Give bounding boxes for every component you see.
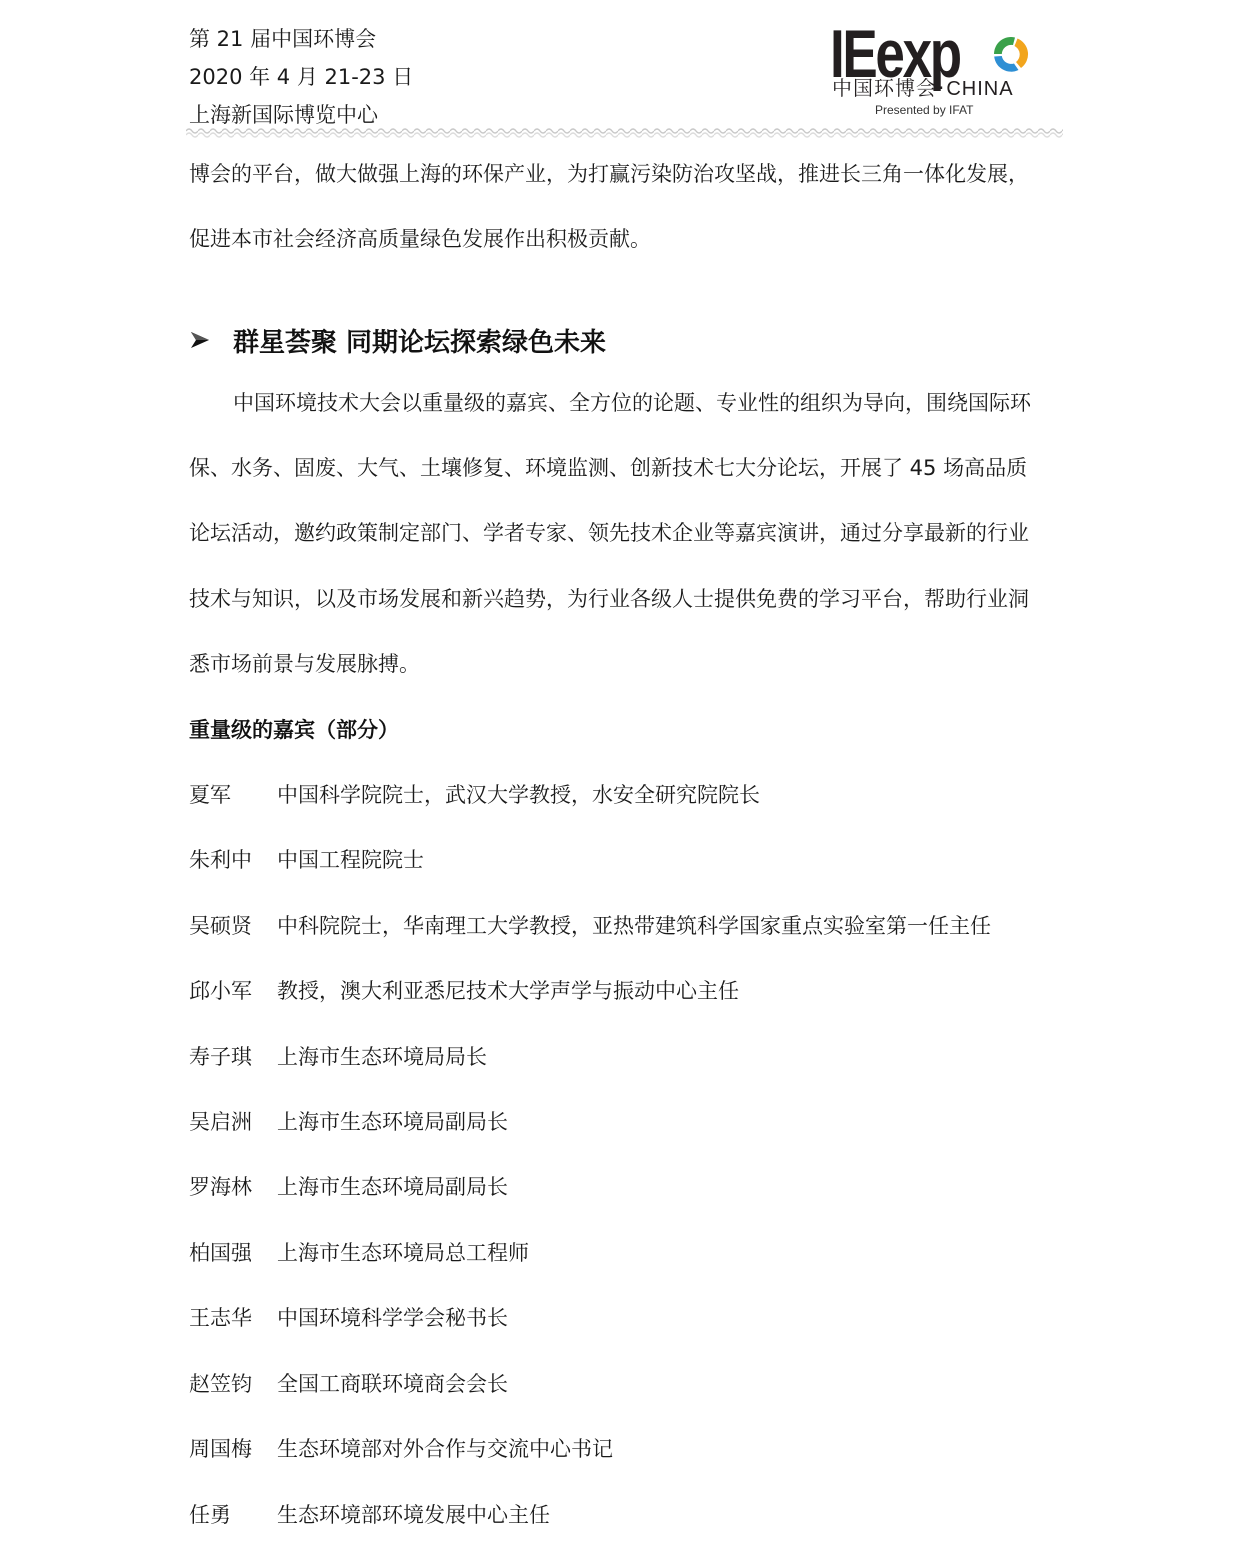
logo-en-text: CHINA	[946, 78, 1013, 100]
guest-row: 周国梅 生态环境部对外合作与交流中心书记	[189, 1433, 613, 1465]
event-dates: 2020 年 4 月 21-23 日	[189, 58, 413, 96]
guest-name: 寿子琪	[189, 1041, 277, 1073]
guest-title: 中科院院士，华南理工大学教授，亚热带建筑科学国家重点实验室第一任主任	[277, 910, 991, 942]
guest-row: 任勇 生态环境部环境发展中心主任	[189, 1499, 550, 1531]
guest-title: 中国环境科学学会秘书长	[277, 1302, 508, 1334]
guest-title: 上海市生态环境局副局长	[277, 1106, 508, 1138]
guest-name: 王志华	[189, 1302, 277, 1334]
guest-name: 周国梅	[189, 1433, 277, 1465]
guest-row: 寿子琪 上海市生态环境局局长	[189, 1041, 487, 1073]
guest-name: 吴启洲	[189, 1106, 277, 1138]
section-paragraph-line-5: 悉市场前景与发展脉搏。	[189, 648, 1064, 680]
section-paragraph-line-1: 中国环境技术大会以重量级的嘉宾、全方位的论题、专业性的组织为导向，围绕国际环	[189, 387, 1108, 419]
logo-separator: ·	[938, 76, 945, 100]
guest-name: 邱小军	[189, 975, 277, 1007]
logo-presented-by: Presented by IFAT	[875, 103, 974, 117]
guest-name: 罗海林	[189, 1171, 277, 1203]
logo-cn-text: 中国环博会	[832, 76, 937, 100]
guest-title: 上海市生态环境局副局长	[277, 1171, 508, 1203]
intro-line-1: 博会的平台，做大做强上海的环保产业，为打赢污染防治攻坚战，推进长三角一体化发展，	[189, 158, 1064, 190]
guest-name: 赵笠钧	[189, 1368, 277, 1400]
guest-title: 全国工商联环境商会会长	[277, 1368, 508, 1400]
guest-row: 吴硕贤 中科院院士，华南理工大学教授，亚热带建筑科学国家重点实验室第一任主任	[189, 910, 991, 942]
logo-ring-icon	[989, 32, 1033, 76]
guest-title: 中国科学院院士，武汉大学教授，水安全研究院院长	[277, 779, 760, 811]
guests-heading: 重量级的嘉宾（部分）	[189, 714, 399, 744]
guest-row: 朱利中 中国工程院院士	[189, 844, 424, 876]
guest-row: 夏军 中国科学院院士，武汉大学教授，水安全研究院院长	[189, 779, 760, 811]
guest-name: 夏军	[189, 779, 277, 811]
guest-title: 上海市生态环境局总工程师	[277, 1237, 529, 1269]
section-paragraph-line-3: 论坛活动，邀约政策制定部门、学者专家、领先技术企业等嘉宾演讲，通过分享最新的行业	[189, 517, 1064, 549]
arrow-bullet-icon	[189, 329, 211, 351]
guest-row: 王志华 中国环境科学学会秘书长	[189, 1302, 508, 1334]
logo-cn-tagline: 中国环博会·CHINA	[832, 76, 1014, 101]
guest-row: 赵笠钧 全国工商联环境商会会长	[189, 1368, 508, 1400]
event-edition: 第 21 届中国环博会	[189, 20, 413, 58]
intro-line-2: 促进本市社会经济高质量绿色发展作出积极贡献。	[189, 223, 1064, 255]
event-info: 第 21 届中国环博会 2020 年 4 月 21-23 日 上海新国际博览中心	[189, 20, 413, 134]
ie-expo-logo: IEexp 中国环博会·CHINA Presented by IFAT	[830, 20, 1040, 120]
guest-title: 生态环境部环境发展中心主任	[277, 1499, 550, 1531]
section-paragraph-line-4: 技术与知识，以及市场发展和新兴趋势，为行业各级人士提供免费的学习平台，帮助行业洞	[189, 583, 1064, 615]
guest-title: 生态环境部对外合作与交流中心书记	[277, 1433, 613, 1465]
guest-title: 上海市生态环境局局长	[277, 1041, 487, 1073]
guest-title: 中国工程院院士	[277, 844, 424, 876]
guest-name: 任勇	[189, 1499, 277, 1531]
guest-row: 邱小军 教授，澳大利亚悉尼技术大学声学与振动中心主任	[189, 975, 739, 1007]
guest-row: 罗海林 上海市生态环境局副局长	[189, 1171, 508, 1203]
guest-row: 柏国强 上海市生态环境局总工程师	[189, 1237, 529, 1269]
section-heading: 群星荟聚 同期论坛探索绿色未来	[189, 322, 606, 358]
guest-name: 朱利中	[189, 844, 277, 876]
guest-name: 吴硕贤	[189, 910, 277, 942]
section-title: 群星荟聚 同期论坛探索绿色未来	[233, 322, 606, 359]
header-divider	[186, 126, 1063, 140]
guest-name: 柏国强	[189, 1237, 277, 1269]
guest-title: 教授，澳大利亚悉尼技术大学声学与振动中心主任	[277, 975, 739, 1007]
section-paragraph-line-2: 保、水务、固废、大气、土壤修复、环境监测、创新技术七大分论坛，开展了 45 场高…	[189, 452, 1064, 484]
guest-row: 吴启洲 上海市生态环境局副局长	[189, 1106, 508, 1138]
